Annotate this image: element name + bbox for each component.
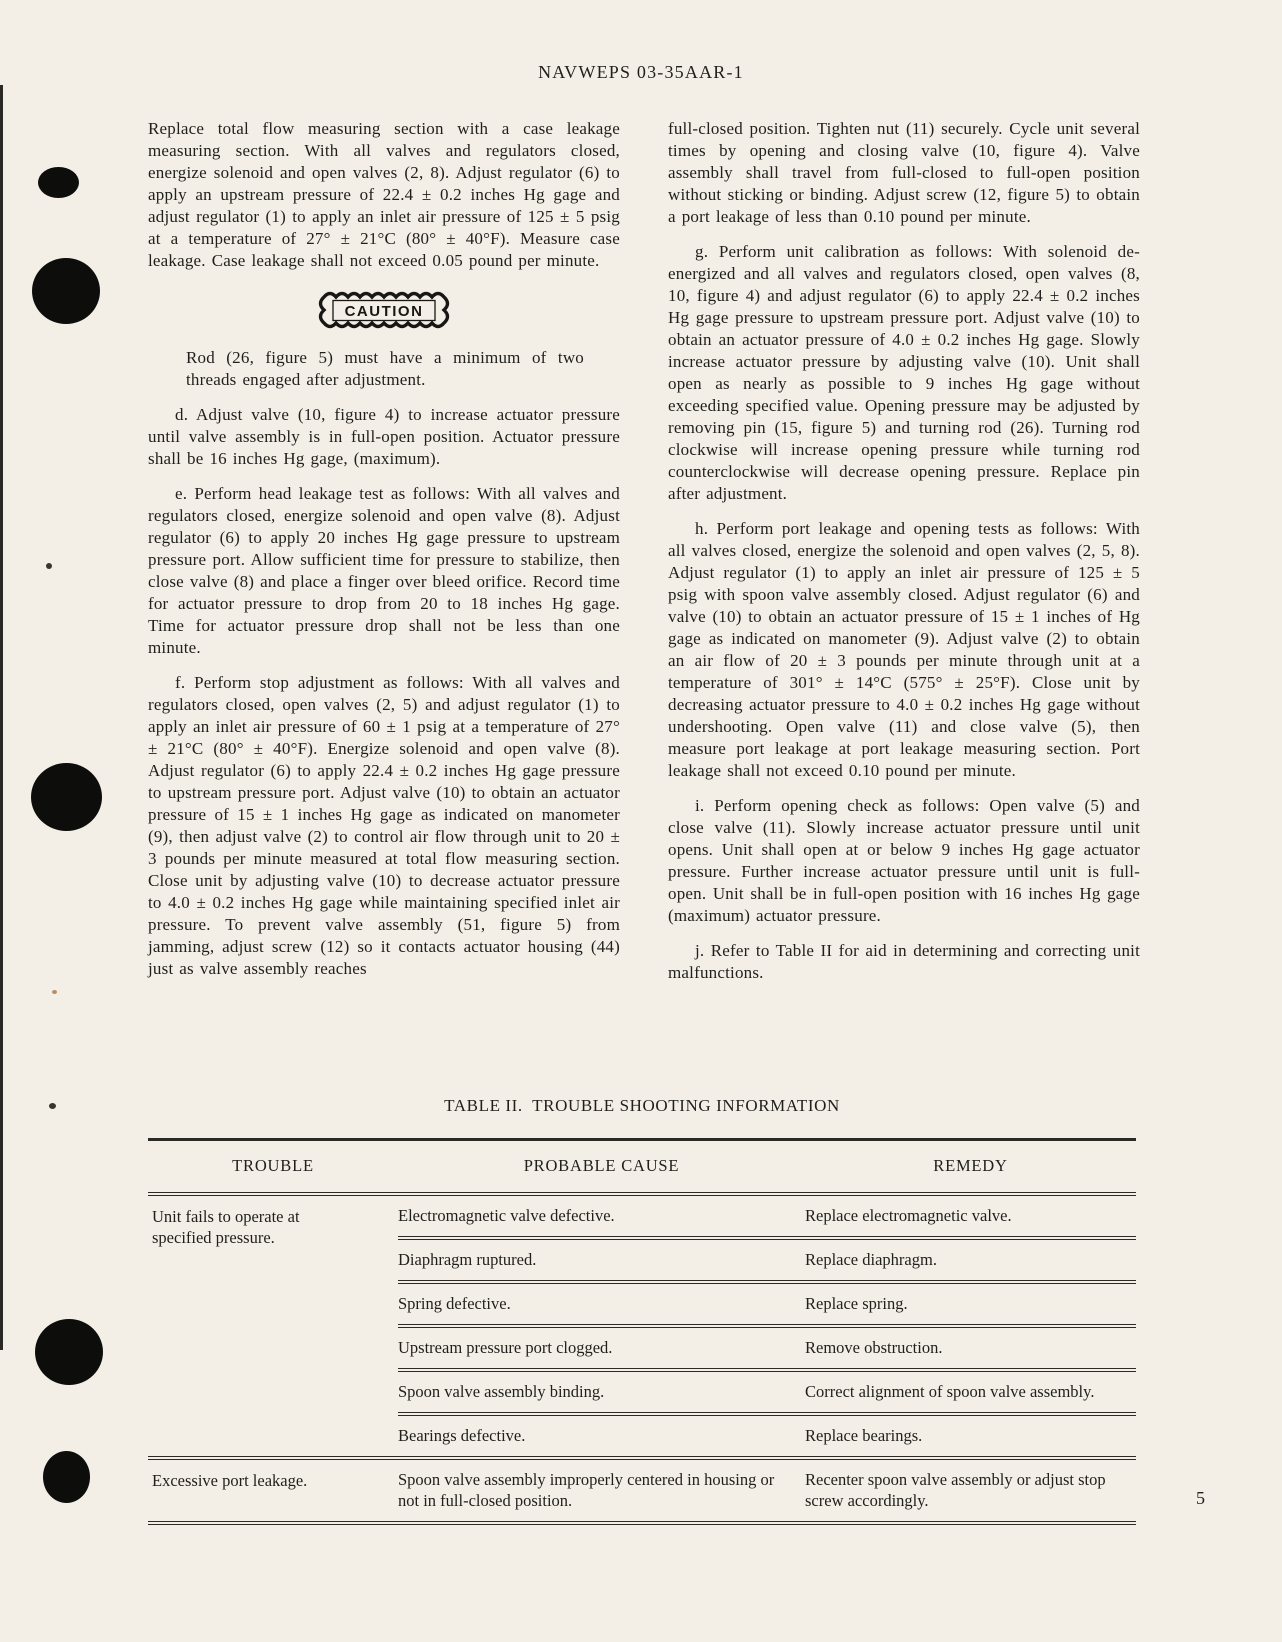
table-row: Spoon valve assembly improperly centered… <box>398 1460 1136 1521</box>
scan-edge-artifact <box>0 85 3 1350</box>
hole-punch-mark <box>38 167 79 198</box>
cause-cell: Diaphragm ruptured. <box>398 1249 805 1270</box>
table-row: Upstream pressure port clogged. Remove o… <box>398 1324 1136 1368</box>
remedy-cell: Recenter spoon valve assembly or adjust … <box>805 1469 1136 1511</box>
paragraph-intro: Replace total flow measuring section wit… <box>148 118 620 272</box>
paragraph-i: i. Perform opening check as follows: Ope… <box>668 795 1140 927</box>
hole-punch-mark <box>35 1319 103 1385</box>
table-body: Unit fails to operate at specified press… <box>148 1196 1136 1525</box>
remedy-cell: Replace spring. <box>805 1293 1136 1314</box>
paragraph-d: d. Adjust valve (10, figure 4) to increa… <box>148 404 620 470</box>
cause-cell: Spring defective. <box>398 1293 805 1314</box>
column-header-remedy: REMEDY <box>805 1156 1136 1176</box>
paragraph-e: e. Perform head leakage test as follows:… <box>148 483 620 659</box>
paragraph-f: f. Perform stop adjustment as follows: W… <box>148 672 620 980</box>
cause-cell: Spoon valve assembly improperly centered… <box>398 1469 805 1511</box>
table-row-group: Unit fails to operate at specified press… <box>148 1196 1136 1456</box>
caution-box: CAUTION <box>148 285 620 337</box>
trouble-cell: Excessive port leakage. <box>148 1460 398 1521</box>
remedy-cell: Replace electromagnetic valve. <box>805 1205 1136 1226</box>
cause-cell: Spoon valve assembly binding. <box>398 1381 805 1402</box>
text-columns: Replace total flow measuring section wit… <box>148 118 1140 997</box>
table-row-group: Excessive port leakage. Spoon valve asse… <box>148 1456 1136 1521</box>
trouble-cell: Unit fails to operate at specified press… <box>148 1196 398 1456</box>
caution-note: Rod (26, figure 5) must have a minimum o… <box>186 347 584 391</box>
remedy-cell: Remove obstruction. <box>805 1337 1136 1358</box>
paragraph-h: h. Perform port leakage and opening test… <box>668 518 1140 782</box>
hole-punch-mark <box>32 258 100 324</box>
column-header-probable-cause: PROBABLE CAUSE <box>398 1156 805 1176</box>
scan-speck <box>46 563 52 569</box>
page-number: 5 <box>1196 1488 1205 1509</box>
table-row: Electromagnetic valve defective. Replace… <box>398 1196 1136 1236</box>
scan-speck <box>49 1103 56 1109</box>
paragraph-j: j. Refer to Table II for aid in determin… <box>668 940 1140 984</box>
cause-cell: Electromagnetic valve defective. <box>398 1205 805 1226</box>
paragraph-continuation: full-closed position. Tighten nut (11) s… <box>668 118 1140 228</box>
caution-label: CAUTION <box>345 303 424 320</box>
table-row: Spring defective. Replace spring. <box>398 1280 1136 1324</box>
hole-punch-mark <box>43 1451 90 1503</box>
cause-cell: Bearings defective. <box>398 1425 805 1446</box>
hole-punch-mark <box>31 763 102 831</box>
scan-speck <box>52 990 57 994</box>
table-row: Bearings defective. Replace bearings. <box>398 1412 1136 1456</box>
troubleshooting-table: TROUBLE PROBABLE CAUSE REMEDY Unit fails… <box>148 1138 1136 1525</box>
left-column: Replace total flow measuring section wit… <box>148 118 620 997</box>
caution-wavy-border: CAUTION <box>313 285 455 337</box>
remedy-cell: Replace bearings. <box>805 1425 1136 1446</box>
table-title: TABLE II. TROUBLE SHOOTING INFORMATION <box>148 1096 1136 1116</box>
table-row: Diaphragm ruptured. Replace diaphragm. <box>398 1236 1136 1280</box>
remedy-cell: Replace diaphragm. <box>805 1249 1136 1270</box>
column-header-trouble: TROUBLE <box>148 1156 398 1176</box>
paragraph-g: g. Perform unit calibration as follows: … <box>668 241 1140 505</box>
cause-cell: Upstream pressure port clogged. <box>398 1337 805 1358</box>
doc-number: NAVWEPS 03-35AAR-1 <box>0 62 1282 83</box>
remedy-cell: Correct alignment of spoon valve assembl… <box>805 1381 1136 1402</box>
table-row: Spoon valve assembly binding. Correct al… <box>398 1368 1136 1412</box>
table-header-row: TROUBLE PROBABLE CAUSE REMEDY <box>148 1141 1136 1196</box>
cause-remedy-rows: Spoon valve assembly improperly centered… <box>398 1460 1136 1521</box>
cause-remedy-rows: Electromagnetic valve defective. Replace… <box>398 1196 1136 1456</box>
right-column: full-closed position. Tighten nut (11) s… <box>668 118 1140 997</box>
troubleshooting-table-section: TABLE II. TROUBLE SHOOTING INFORMATION T… <box>148 1096 1136 1525</box>
